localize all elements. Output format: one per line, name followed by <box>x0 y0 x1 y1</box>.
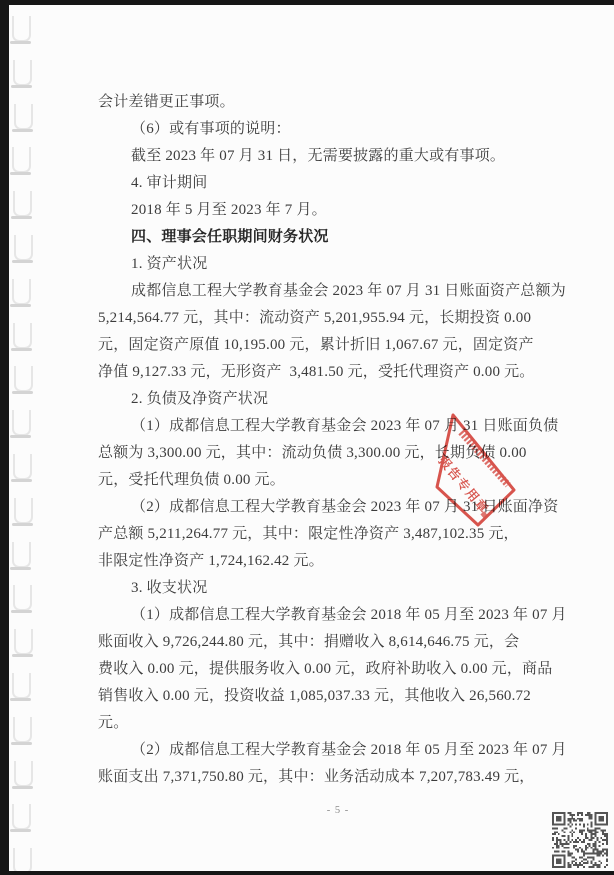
scan-edge-bottom <box>0 871 614 875</box>
binding-hole <box>12 147 31 173</box>
document-line: （1）成都信息工程大学教育基金会 2018 年 05 月至 2023 年 07 … <box>98 602 550 629</box>
binding-hole <box>12 410 31 436</box>
document-line: 净值 9,127.33 元，无形资产 3,481.50 元，受托代理资产 0.0… <box>98 359 550 386</box>
document-line: 成都信息工程大学教育基金会 2023 年 07 月 31 日账面资产总额为 <box>98 278 550 305</box>
document-line: 截至 2023 年 07 月 31 日，无需要披露的重大或有事项。 <box>98 143 550 170</box>
binding-hole <box>14 761 33 787</box>
binding-hole <box>13 585 32 611</box>
document-line: 产总额 5,211,264.77 元，其中：限定性净资产 3,487,102.3… <box>98 521 550 548</box>
binding-hole <box>12 673 31 699</box>
document-line: 会计差错更正事项。 <box>98 89 550 116</box>
document-line: 4. 审计期间 <box>98 170 550 197</box>
binding-hole <box>14 366 33 392</box>
document-line: 账面收入 9,726,244.80 元，其中：捐赠收入 8,614,646.75… <box>98 629 550 656</box>
document-line: 四、理事会任职期间财务状况 <box>98 224 550 251</box>
binding-hole <box>13 191 32 217</box>
binding-hole <box>14 235 33 261</box>
qr-code-image <box>552 812 608 868</box>
document-line: 总额为 3,300.00 元，其中：流动负债 3,300.00 元，长期负债 0… <box>98 440 550 467</box>
binding-hole <box>13 454 32 480</box>
page-number: - 5 - <box>327 805 350 816</box>
binding-hole <box>14 629 33 655</box>
document-line: 元。 <box>98 710 550 737</box>
binding-hole <box>12 542 31 568</box>
binding-hole <box>12 279 31 305</box>
binding-hole <box>12 16 31 42</box>
document-line: 5,214,564.77 元，其中：流动资产 5,201,955.94 元，长期… <box>98 305 550 332</box>
document-line: 销售收入 0.00 元，投资收益 1,085,037.33 元，其他收入 26,… <box>98 683 550 710</box>
document-line: （6）或有事项的说明： <box>98 116 550 143</box>
document-line: 元，固定资产原值 10,195.00 元，累计折旧 1,067.67 元，固定资… <box>98 332 550 359</box>
binding-hole <box>13 60 32 86</box>
document-line: 账面支出 7,371,750.80 元，其中：业务活动成本 7,207,783.… <box>98 764 550 791</box>
document-line: 元，受托代理负债 0.00 元。 <box>98 467 550 494</box>
document-body: 会计差错更正事项。（6）或有事项的说明：截至 2023 年 07 月 31 日，… <box>98 89 550 791</box>
scan-edge-top <box>0 0 614 5</box>
scan-edge-left <box>0 0 9 875</box>
document-line: （2）成都信息工程大学教育基金会 2023 年 07 月 31 日账面净资 <box>98 494 550 521</box>
binding-hole <box>13 717 32 743</box>
document-line: 1. 资产状况 <box>98 251 550 278</box>
document-line: 2018 年 5 月至 2023 年 7 月。 <box>98 197 550 224</box>
document-line: （2）成都信息工程大学教育基金会 2018 年 05 月至 2023 年 07 … <box>98 737 550 764</box>
binding-hole <box>14 498 33 524</box>
document-line: 非限定性净资产 1,724,162.42 元。 <box>98 548 550 575</box>
document-line: （1）成都信息工程大学教育基金会 2023 年 07 月 31 日账面负债 <box>98 413 550 440</box>
binding-hole <box>14 104 33 130</box>
document-line: 3. 收支状况 <box>98 575 550 602</box>
binding-hole <box>12 804 31 830</box>
document-line: 费收入 0.00 元，提供服务收入 0.00 元，政府补助收入 0.00 元，商… <box>98 656 550 683</box>
document-line: 2. 负债及净资产状况 <box>98 386 550 413</box>
scanned-page: 会计差错更正事项。（6）或有事项的说明：截至 2023 年 07 月 31 日，… <box>0 0 614 875</box>
binding-hole <box>13 323 32 349</box>
